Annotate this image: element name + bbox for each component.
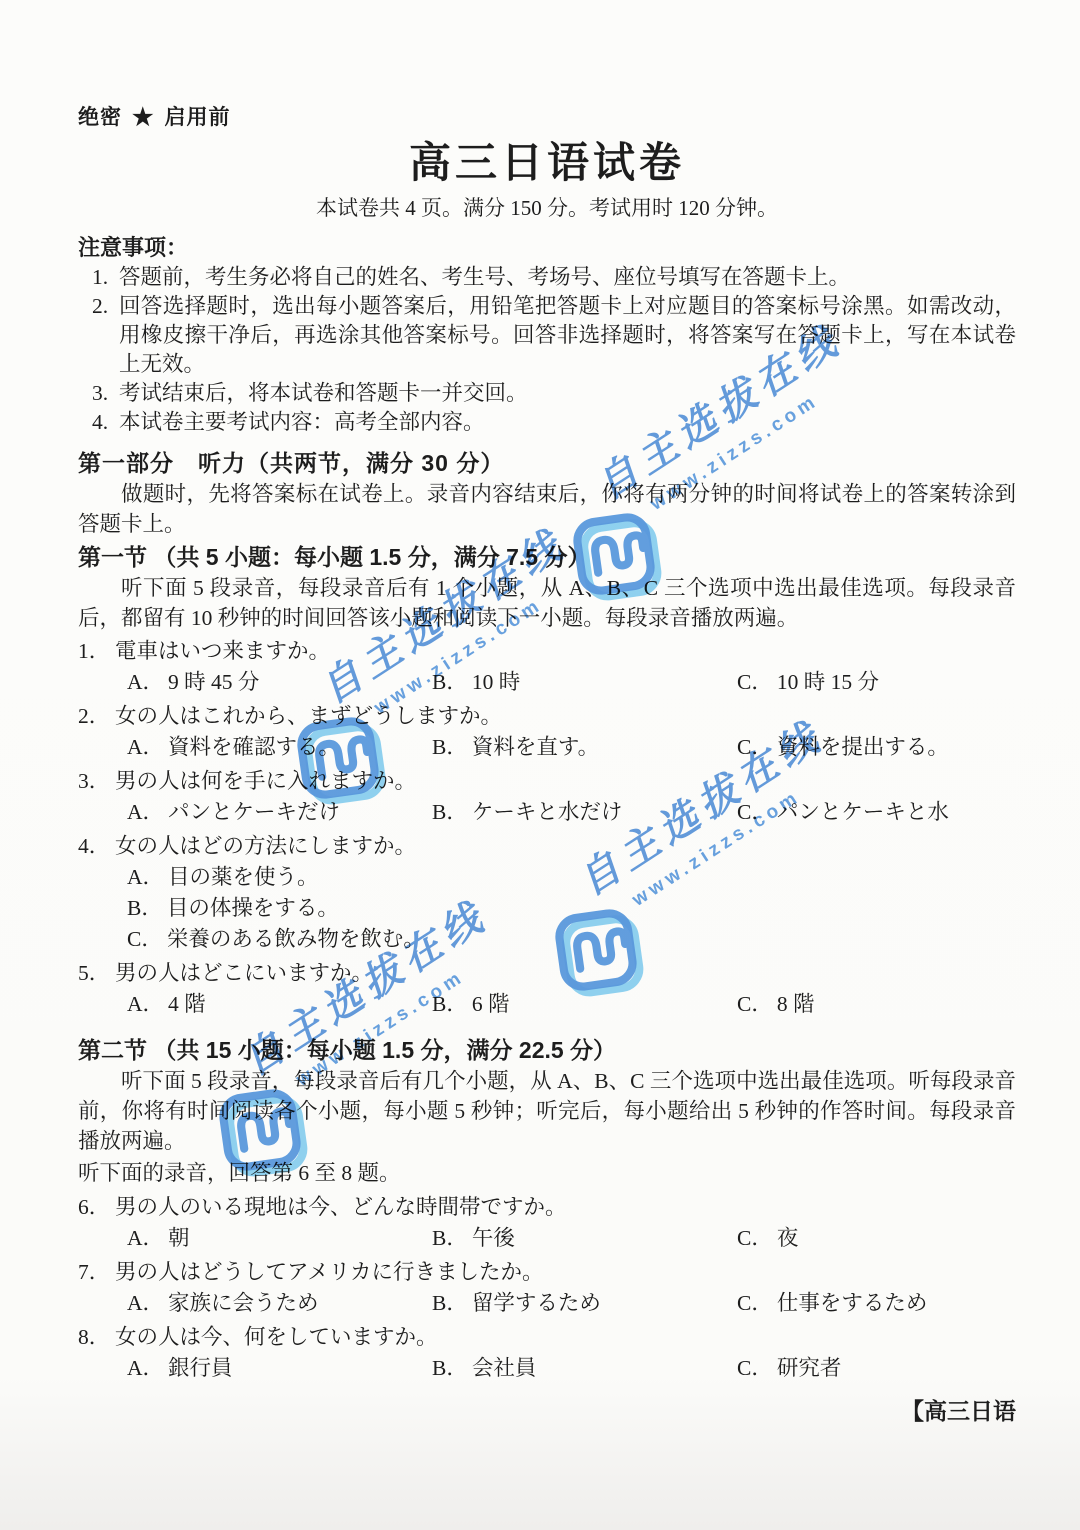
option-text: 資料を提出する。 — [777, 732, 949, 763]
option-b: B．6 階 — [432, 989, 737, 1020]
question-text: 男の人のいる現地は今、どんな時間帯ですか。 — [115, 1195, 567, 1219]
option-label: C． — [737, 732, 773, 763]
question-text: 女の人は今、何をしていますか。 — [115, 1325, 438, 1349]
option-label: B． — [432, 667, 468, 698]
options-row: A．銀行員 B．会社員 C．研究者 — [127, 1353, 1016, 1384]
option-c: C．8 階 — [737, 989, 1016, 1020]
question-line: 5．男の人はどこにいますか。 — [78, 958, 1016, 989]
options-row: A．資料を確認する。 B．資料を直す。 C．資料を提出する。 — [127, 732, 1016, 763]
question-line: 2．女の人はこれから、まずどうしますか。 — [78, 701, 1016, 732]
option-label: A． — [127, 732, 164, 763]
option-b: B．留学するため — [432, 1288, 737, 1319]
notice-item-2: 2. 回答选择题时，选出每小题答案后，用铅笔把答题卡上对应题目的答案标号涂黑。如… — [92, 292, 1016, 379]
option-label: A． — [127, 1288, 164, 1319]
options-row: A．パンとケーキだけ B．ケーキと水だけ C．パンとケーキと水 — [127, 797, 1016, 828]
option-label: B． — [432, 1288, 468, 1319]
question-line: 6．男の人のいる現地は今、どんな時間帯ですか。 — [78, 1192, 1016, 1223]
option-c: C．研究者 — [737, 1353, 1016, 1384]
option-text: 栄養のある飲み物を飲む。 — [167, 924, 425, 955]
option-label: A． — [127, 989, 164, 1020]
option-b: B．10 時 — [432, 667, 737, 698]
option-c: C．夜 — [737, 1223, 1016, 1254]
paper-title: 高三日语试卷 — [78, 137, 1016, 189]
question-4: 4．女の人はどの方法にしますか。 A．目の薬を使う。 B．目の体操をする。 C．… — [78, 831, 1016, 955]
notice-number: 2. — [92, 292, 119, 379]
option-label: B． — [432, 1353, 468, 1384]
section2-intro: 听下面 5 段录音，每段录音后有几个小题，从 A、B、C 三个选项中选出最佳选项… — [78, 1066, 1016, 1156]
exam-paper-page: 绝密★启用前 高三日语试卷 本试卷共 4 页。满分 150 分。考试用时 120… — [0, 0, 1080, 1530]
question-number: 6． — [78, 1192, 115, 1223]
option-text: 研究者 — [777, 1353, 842, 1384]
notice-item-1: 1. 答题前，考生务必将自己的姓名、考生号、考场号、座位号填写在答题卡上。 — [92, 263, 1016, 292]
option-b: B．午後 — [432, 1223, 737, 1254]
classification-star-icon: ★ — [122, 105, 165, 131]
option-c: C．仕事をするため — [737, 1288, 1016, 1319]
question-text: 男の人はどこにいますか。 — [115, 961, 373, 985]
option-label: A． — [127, 1223, 164, 1254]
option-a: A．資料を確認する。 — [127, 732, 432, 763]
option-text: パンとケーキと水 — [777, 797, 949, 828]
option-text: ケーキと水だけ — [472, 797, 623, 828]
options-row: A．4 階 B．6 階 C．8 階 — [127, 989, 1016, 1020]
notices-heading: 注意事项： — [78, 233, 1016, 263]
option-a: A．パンとケーキだけ — [127, 797, 432, 828]
question-3: 3．男の人は何を手に入れますか。 A．パンとケーキだけ B．ケーキと水だけ C．… — [78, 766, 1016, 828]
question-number: 2． — [78, 701, 115, 732]
option-c: C．パンとケーキと水 — [737, 797, 1016, 828]
option-b: B．目の体操をする。 — [127, 893, 1016, 924]
question-line: 3．男の人は何を手に入れますか。 — [78, 766, 1016, 797]
option-b: B．会社員 — [432, 1353, 737, 1384]
classification-line: 绝密★启用前 — [78, 104, 1016, 131]
option-a: A．目の薬を使う。 — [127, 862, 1016, 893]
option-text: 午後 — [472, 1223, 515, 1254]
option-label: C． — [737, 1288, 773, 1319]
options-stack: A．目の薬を使う。 B．目の体操をする。 C．栄養のある飲み物を飲む。 — [127, 862, 1016, 955]
exam-content: 绝密★启用前 高三日语试卷 本试卷共 4 页。满分 150 分。考试用时 120… — [0, 0, 1080, 1530]
notice-text: 考试结束后，将本试卷和答题卡一并交回。 — [119, 379, 1016, 408]
question-text: 電車はいつ来ますか。 — [115, 639, 330, 663]
option-label: C． — [127, 924, 163, 955]
option-text: 8 階 — [777, 989, 815, 1020]
option-label: A． — [127, 797, 164, 828]
part1-heading: 第一部分 听力（共两节，满分 30 分） — [78, 447, 1016, 479]
option-c: C．栄養のある飲み物を飲む。 — [127, 924, 1016, 955]
option-label: B． — [127, 893, 163, 924]
option-text: 会社員 — [472, 1353, 537, 1384]
notice-text: 本试卷主要考试内容：高考全部内容。 — [119, 408, 1016, 437]
question-text: 女の人はどの方法にしますか。 — [115, 834, 416, 858]
notice-text: 答题前，考生务必将自己的姓名、考生号、考场号、座位号填写在答题卡上。 — [119, 263, 1016, 292]
option-a: A．銀行員 — [127, 1353, 432, 1384]
options-row: A．家族に会うため B．留学するため C．仕事をするため — [127, 1288, 1016, 1319]
option-label: B． — [432, 732, 468, 763]
section2-heading: 第二节 （共 15 小题：每小题 1.5 分，满分 22.5 分） — [78, 1034, 1016, 1066]
option-text: パンとケーキだけ — [168, 797, 340, 828]
option-label: A． — [127, 667, 164, 698]
stage-label: 启用前 — [165, 105, 231, 129]
option-label: B． — [432, 989, 468, 1020]
notice-number: 1. — [92, 263, 119, 292]
option-label: B． — [432, 797, 468, 828]
option-label: C． — [737, 1223, 773, 1254]
option-text: 留学するため — [472, 1288, 601, 1319]
option-text: 目の体操をする。 — [167, 893, 339, 924]
page-footer: 【高三日语 — [78, 1396, 1016, 1428]
option-a: A．家族に会うため — [127, 1288, 432, 1319]
question-text: 男の人はどうしてアメリカに行きましたか。 — [115, 1260, 544, 1284]
question-line: 8．女の人は今、何をしていますか。 — [78, 1322, 1016, 1353]
classification-label: 绝密 — [78, 105, 122, 129]
notice-number: 4. — [92, 408, 119, 437]
option-c: C．資料を提出する。 — [737, 732, 1016, 763]
option-label: C． — [737, 989, 773, 1020]
option-text: 銀行員 — [168, 1353, 233, 1384]
notice-item-4: 4. 本试卷主要考试内容：高考全部内容。 — [92, 408, 1016, 437]
question-number: 3． — [78, 766, 115, 797]
option-text: 家族に会うため — [168, 1288, 319, 1319]
section2-note: 听下面的录音，回答第 6 至 8 题。 — [78, 1158, 1016, 1189]
option-text: 10 時 15 分 — [777, 667, 879, 698]
question-number: 7． — [78, 1257, 115, 1288]
option-b: B．資料を直す。 — [432, 732, 737, 763]
option-text: 目の薬を使う。 — [168, 862, 319, 893]
option-text: 9 時 45 分 — [168, 667, 259, 698]
question-number: 8． — [78, 1322, 115, 1353]
question-line: 7．男の人はどうしてアメリカに行きましたか。 — [78, 1257, 1016, 1288]
paper-subtitle: 本试卷共 4 页。满分 150 分。考试用时 120 分钟。 — [78, 193, 1016, 223]
option-label: B． — [432, 1223, 468, 1254]
option-a: A．4 階 — [127, 989, 432, 1020]
option-label: A． — [127, 862, 164, 893]
question-text: 男の人は何を手に入れますか。 — [115, 769, 416, 793]
option-b: B．ケーキと水だけ — [432, 797, 737, 828]
question-line: 1．電車はいつ来ますか。 — [78, 636, 1016, 667]
option-label: C． — [737, 667, 773, 698]
option-text: 10 時 — [472, 667, 520, 698]
notice-text: 回答选择题时，选出每小题答案后，用铅笔把答题卡上对应题目的答案标号涂黑。如需改动… — [119, 292, 1016, 379]
option-text: 朝 — [168, 1223, 190, 1254]
question-number: 5． — [78, 958, 115, 989]
option-text: 資料を確認する。 — [168, 732, 340, 763]
section1-intro: 听下面 5 段录音，每段录音后有 1 个小题，从 A、B、C 三个选项中选出最佳… — [78, 573, 1016, 633]
question-number: 4． — [78, 831, 115, 862]
question-8: 8．女の人は今、何をしていますか。 A．銀行員 B．会社員 C．研究者 — [78, 1322, 1016, 1384]
option-text: 夜 — [777, 1223, 799, 1254]
notice-number: 3. — [92, 379, 119, 408]
option-label: C． — [737, 797, 773, 828]
question-1: 1．電車はいつ来ますか。 A．9 時 45 分 B．10 時 C．10 時 15… — [78, 636, 1016, 698]
options-row: A．朝 B．午後 C．夜 — [127, 1223, 1016, 1254]
options-row: A．9 時 45 分 B．10 時 C．10 時 15 分 — [127, 667, 1016, 698]
option-text: 資料を直す。 — [472, 732, 599, 763]
question-text: 女の人はこれから、まずどうしますか。 — [115, 704, 502, 728]
question-number: 1． — [78, 636, 115, 667]
option-text: 6 階 — [472, 989, 510, 1020]
option-label: C． — [737, 1353, 773, 1384]
option-c: C．10 時 15 分 — [737, 667, 1016, 698]
question-line: 4．女の人はどの方法にしますか。 — [78, 831, 1016, 862]
question-5: 5．男の人はどこにいますか。 A．4 階 B．6 階 C．8 階 — [78, 958, 1016, 1020]
question-7: 7．男の人はどうしてアメリカに行きましたか。 A．家族に会うため B．留学するた… — [78, 1257, 1016, 1319]
option-text: 4 階 — [168, 989, 206, 1020]
section1-heading: 第一节 （共 5 小题：每小题 1.5 分，满分 7.5 分） — [78, 541, 1016, 573]
part1-intro: 做题时，先将答案标在试卷上。录音内容结束后，你将有两分钟的时间将试卷上的答案转涂… — [78, 479, 1016, 539]
option-label: A． — [127, 1353, 164, 1384]
notice-item-3: 3. 考试结束后，将本试卷和答题卡一并交回。 — [92, 379, 1016, 408]
option-text: 仕事をするため — [777, 1288, 928, 1319]
option-a: A．朝 — [127, 1223, 432, 1254]
option-a: A．9 時 45 分 — [127, 667, 432, 698]
question-2: 2．女の人はこれから、まずどうしますか。 A．資料を確認する。 B．資料を直す。… — [78, 701, 1016, 763]
question-6: 6．男の人のいる現地は今、どんな時間帯ですか。 A．朝 B．午後 C．夜 — [78, 1192, 1016, 1254]
